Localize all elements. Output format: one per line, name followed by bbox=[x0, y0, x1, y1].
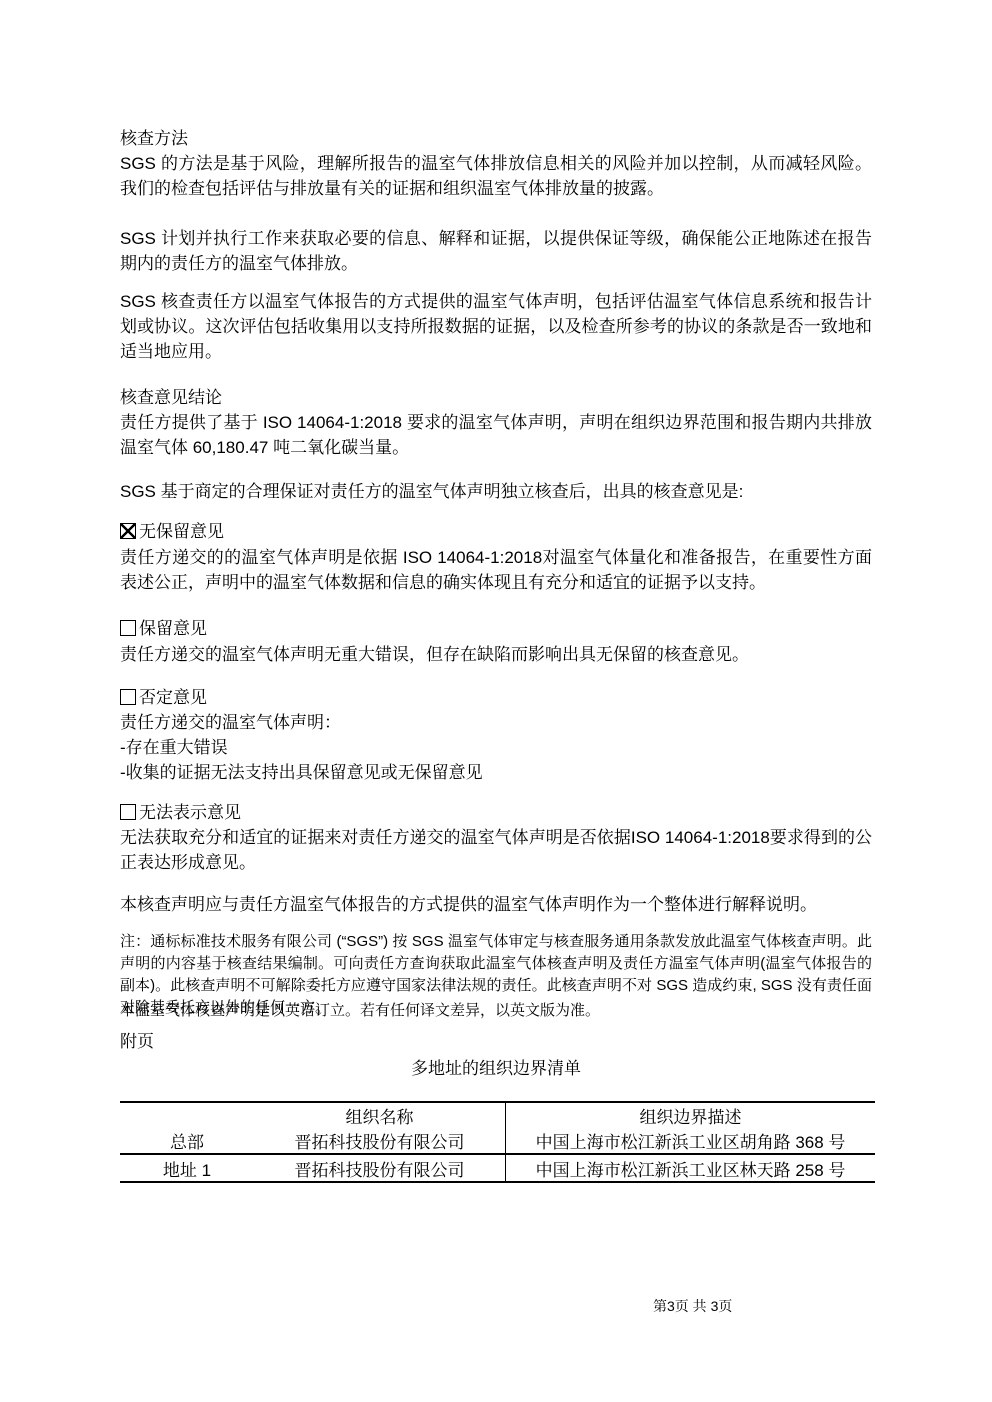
document-page: 核查方法 SGS 的方法是基于风险，理解所报告的温室气体排放信息相关的风险并加以… bbox=[0, 0, 992, 1402]
conclusion-paragraph-2: SGS 基于商定的合理保证对责任方的温室气体声明独立核查后，出具的核查意见是: bbox=[120, 479, 872, 504]
conclusion-paragraph-1: 责任方提供了基于 ISO 14064-1:2018 要求的温室气体声明，声明在组… bbox=[120, 410, 872, 460]
table-cell-org-name: 晋拓科技股份有限公司 bbox=[254, 1128, 506, 1154]
table-row: 总部 晋拓科技股份有限公司 中国上海市松江新浜工业区胡角路 368 号 bbox=[120, 1128, 875, 1154]
method-paragraph-1: SGS 的方法是基于风险，理解所报告的温室气体排放信息相关的风险并加以控制，从而… bbox=[120, 151, 872, 201]
interpretation-note: 本核查声明应与责任方温室气体报告的方式提供的温室气体声明作为一个整体进行解释说明… bbox=[120, 892, 872, 917]
table-header-row: 组织名称 组织边界描述 bbox=[120, 1102, 875, 1128]
checkbox-unchecked-icon bbox=[120, 689, 136, 705]
method-section-heading: 核查方法 bbox=[120, 126, 872, 151]
opinion-qualified: 保留意见 bbox=[120, 616, 872, 641]
opinion-qualified-label: 保留意见 bbox=[139, 619, 207, 638]
method-paragraph-3: SGS 核查责任方以温室气体报告的方式提供的温室气体声明，包括评估温室气体信息系… bbox=[120, 289, 872, 364]
opinion-disclaimer: 无法表示意见 bbox=[120, 800, 872, 825]
boundary-table: 组织名称 组织边界描述 总部 晋拓科技股份有限公司 中国上海市松江新浜工业区胡角… bbox=[120, 1101, 875, 1183]
opinion-adverse-bullet-1: -存在重大错误 bbox=[120, 735, 872, 760]
page-number-footer: 第3页 共 3页 bbox=[653, 1297, 732, 1315]
opinion-qualified-body: 责任方递交的温室气体声明无重大错误，但存在缺陷而影响出具无保留的核查意见。 bbox=[120, 642, 872, 667]
language-note: 本温室气体核查声明是以英语订立。若有任何译文差异，以英文版为准。 bbox=[120, 1000, 872, 1022]
table-cell-site-label: 地址 1 bbox=[120, 1154, 254, 1182]
opinion-disclaimer-body: 无法获取充分和适宜的证据来对责任方递交的温室气体声明是否依据ISO 14064-… bbox=[120, 825, 872, 875]
opinion-adverse-body: 责任方递交的温室气体声明： bbox=[120, 710, 872, 735]
opinion-adverse-bullet-2: -收集的证据无法支持出具保留意见或无保留意见 bbox=[120, 760, 872, 785]
opinion-unqualified-label: 无保留意见 bbox=[139, 522, 224, 541]
conclusion-section-heading: 核查意见结论 bbox=[120, 385, 872, 410]
opinion-unqualified: 无保留意见 bbox=[120, 519, 872, 544]
table-header-boundary-desc: 组织边界描述 bbox=[506, 1102, 876, 1128]
opinion-unqualified-body: 责任方递交的的温室气体声明是依据 ISO 14064-1:2018对温室气体量化… bbox=[120, 545, 872, 595]
table-cell-boundary-desc: 中国上海市松江新浜工业区胡角路 368 号 bbox=[506, 1128, 876, 1154]
boundary-table-title: 多地址的组织边界清单 bbox=[120, 1056, 872, 1081]
appendix-label: 附页 bbox=[120, 1029, 872, 1054]
table-header-org-name: 组织名称 bbox=[254, 1102, 506, 1128]
table-row: 地址 1 晋拓科技股份有限公司 中国上海市松江新浜工业区林天路 258 号 bbox=[120, 1154, 875, 1182]
table-header-blank bbox=[120, 1102, 254, 1128]
method-paragraph-2: SGS 计划并执行工作来获取必要的信息、解释和证据，以提供保证等级，确保能公正地… bbox=[120, 226, 872, 276]
opinion-adverse-label: 否定意见 bbox=[139, 688, 207, 707]
opinion-disclaimer-label: 无法表示意见 bbox=[139, 803, 241, 822]
boundary-table-wrap: 组织名称 组织边界描述 总部 晋拓科技股份有限公司 中国上海市松江新浜工业区胡角… bbox=[120, 1101, 872, 1183]
opinion-adverse: 否定意见 bbox=[120, 685, 872, 710]
checkbox-unchecked-icon bbox=[120, 620, 136, 636]
checkbox-unchecked-icon bbox=[120, 804, 136, 820]
table-cell-site-label: 总部 bbox=[120, 1128, 254, 1154]
table-cell-org-name: 晋拓科技股份有限公司 bbox=[254, 1154, 506, 1182]
table-cell-boundary-desc: 中国上海市松江新浜工业区林天路 258 号 bbox=[506, 1154, 876, 1182]
checkbox-checked-icon bbox=[120, 523, 136, 539]
